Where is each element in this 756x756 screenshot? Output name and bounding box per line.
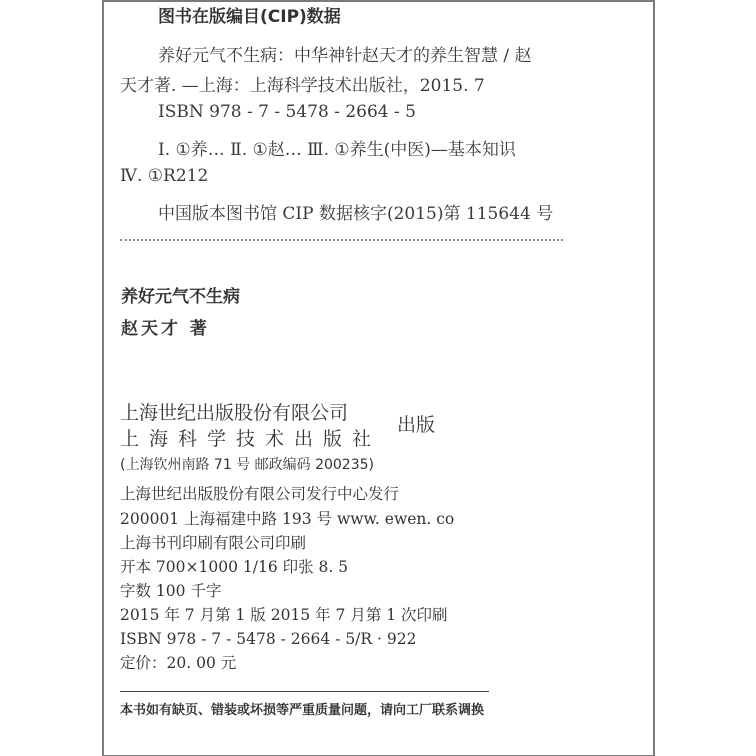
edition-info: 2015 年 7 月第 1 版 2015 年 7 月第 1 次印刷 [120, 608, 448, 624]
book-author: 赵天才 著 [121, 321, 210, 338]
cip-title-line-2: 天才著. —上海：上海科学技术出版社，2015. 7 [120, 78, 485, 95]
solid-divider [120, 691, 489, 692]
price: 定价：20. 00 元 [120, 656, 236, 672]
cip-heading: 图书在版编目(CIP)数据 [158, 9, 341, 26]
cip-verification-number: 中国版本图书馆 CIP 数据核字(2015)第 115644 号 [158, 206, 553, 223]
printer: 上海书刊印刷有限公司印刷 [120, 536, 306, 552]
publisher-house: 上海科学技术出版社 [120, 430, 381, 449]
publisher-suffix: 出版 [397, 416, 435, 435]
publisher-group: 上海世纪出版股份有限公司 [120, 404, 348, 423]
format-spec: 开本 700×1000 1/16 印张 8. 5 [120, 560, 348, 576]
word-count: 字数 100 千字 [120, 584, 221, 600]
cip-title-line-1: 养好元气不生病：中华神针赵天才的养生智慧 / 赵 [158, 48, 532, 65]
cip-subject-line-1: Ⅰ. ①养… Ⅱ. ①赵… Ⅲ. ①养生(中医)—基本知识 [158, 142, 516, 159]
quality-notice: 本书如有缺页、错装或坏损等严重质量问题，请向工厂联系调换 [120, 704, 484, 717]
cip-isbn: ISBN 978 - 7 - 5478 - 2664 - 5 [158, 104, 416, 121]
isbn-full: ISBN 978 - 7 - 5478 - 2664 - 5/R · 922 [120, 632, 416, 648]
publisher-address: (上海钦州南路 71 号 邮政编码 200235) [120, 458, 374, 472]
distributor: 上海世纪出版股份有限公司发行中心发行 [120, 487, 399, 503]
cip-subject-line-2: Ⅳ. ①R212 [120, 168, 208, 185]
dotted-divider [120, 239, 563, 241]
distributor-address: 200001 上海福建中路 193 号 www. ewen. co [120, 512, 454, 528]
book-title: 养好元气不生病 [121, 289, 240, 306]
